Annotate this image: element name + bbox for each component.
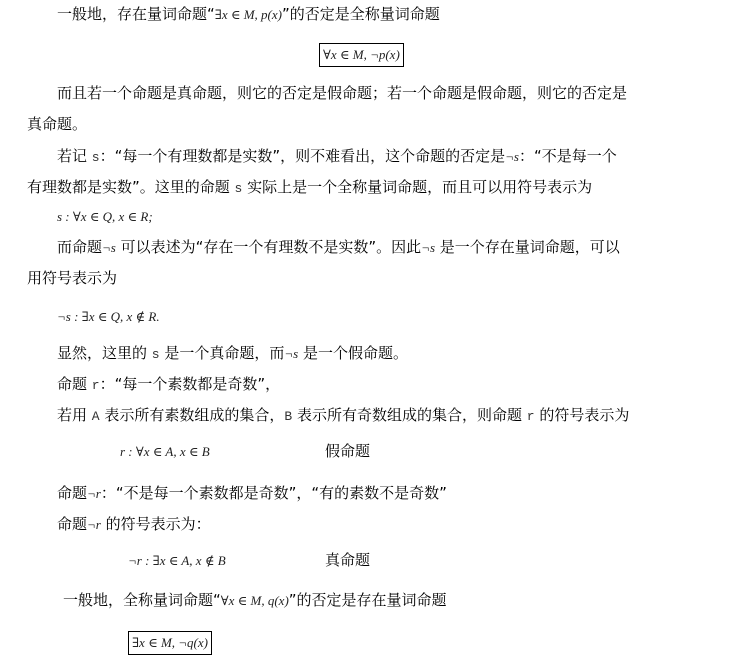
paragraph-existential-negation: 一般地，存在量词命题“∃x ∈ M, p(x)”的否定是全称量词命题: [57, 4, 440, 25]
formula-neg-s-full: ¬s : ∃x ∈ Q, x ∉ R.: [57, 309, 160, 324]
text: ：“每一个素数都是奇数”，: [100, 375, 281, 393]
boxed-formula-exists-not-q: ∃x ∈ M, ¬q(x): [128, 631, 212, 655]
text: 一般地，全称量词命题“: [63, 591, 221, 609]
text: 表示所有素数组成的集合，: [100, 406, 285, 424]
paragraph-neg-s-line1: 而命题¬s 可以表述为“存在一个有理数不是实数”。因此¬s 是一个存在量词命题，…: [57, 237, 620, 258]
text: 真命题。: [27, 115, 87, 133]
paragraph-neg-r-symbolic: 命题¬r 的符号表示为：: [57, 514, 211, 535]
var-r: r: [92, 378, 100, 393]
formula-neg-s: ¬s: [421, 240, 435, 255]
paragraph-truth-negation-line1: 而且若一个命题是真命题，则它的否定是假命题；若一个命题是假命题，则它的否定是: [57, 83, 627, 103]
label-true-proposition: 真命题: [325, 550, 370, 570]
text: ：“不是每一个: [519, 147, 617, 165]
var-s: s: [92, 150, 100, 165]
formula-neg-s: ¬s: [505, 149, 519, 164]
formula-neg-s-line: ¬s : ∃x ∈ Q, x ∉ R.: [57, 306, 160, 327]
var-A: A: [92, 409, 100, 424]
paragraph-neg-s-line2: 用符号表示为: [27, 268, 117, 288]
paragraph-neg-r: 命题¬r：“不是每一个素数都是奇数”，“有的素数不是奇数”: [57, 483, 447, 504]
text: ：“每一个有理数都是实数”，则不难看出，这个命题的否定是: [100, 147, 506, 165]
text: ”的否定是全称量词命题: [282, 5, 440, 23]
text: 若记: [57, 147, 92, 165]
var-s: s: [152, 347, 160, 362]
text: 有理数都是实数”。这里的命题: [27, 178, 235, 196]
formula-box: ∀x ∈ M, ¬p(x): [319, 43, 404, 67]
formula-r-line: r : ∀x ∈ A, x ∈ B: [120, 441, 210, 462]
text: 命题: [57, 515, 87, 533]
formula-neg-r-full: ¬r : ∃x ∈ A, x ∉ B: [128, 553, 226, 568]
formula-neg-r: ¬r: [87, 486, 101, 501]
text: 假命题: [325, 442, 370, 460]
text: 一般地，存在量词命题“: [57, 5, 215, 23]
paragraph-proposition-r: 命题 r：“每一个素数都是奇数”，: [57, 374, 280, 396]
label-false-proposition: 假命题: [325, 441, 370, 461]
formula-exists-p: ∃x ∈ M, p(x): [215, 7, 282, 22]
boxed-formula-forall-not-p: ∀x ∈ M, ¬p(x): [319, 43, 404, 67]
text: 而且若一个命题是真命题，则它的否定是假命题；若一个命题是假命题，则它的否定是: [57, 84, 627, 102]
formula-r: r : ∀x ∈ A, x ∈ B: [120, 444, 210, 459]
formula-neg-s: ¬s: [284, 346, 298, 361]
paragraph-sets-a-b: 若用 A 表示所有素数组成的集合，B 表示所有奇数组成的集合，则命题 r 的符号…: [57, 405, 629, 427]
text: ：“不是每一个素数都是奇数”，“有的素数不是奇数”: [101, 484, 447, 502]
formula-forall-q: ∀x ∈ M, q(x): [221, 593, 289, 608]
formula-neg-r: ¬r: [87, 517, 101, 532]
paragraph-s-definition-line2: 有理数都是实数”。这里的命题 s 实际上是一个全称量词命题，而且可以用符号表示为: [27, 177, 592, 199]
paragraph-universal-negation: 一般地，全称量词命题“∀x ∈ M, q(x)”的否定是存在量词命题: [63, 590, 447, 611]
formula-neg-s: ¬s: [102, 240, 116, 255]
text: 而命题: [57, 238, 102, 256]
text: 命题: [57, 375, 92, 393]
text: 命题: [57, 484, 87, 502]
text: 若用: [57, 406, 92, 424]
text: 的符号表示为：: [101, 515, 211, 533]
var-r: r: [527, 409, 535, 424]
text: 实际上是一个全称量词命题，而且可以用符号表示为: [242, 178, 592, 196]
text: 是一个假命题。: [298, 344, 408, 362]
formula-s: s : ∀x ∈ Q, x ∈ R;: [57, 209, 153, 224]
text: 是一个真命题，而: [160, 344, 285, 362]
paragraph-obviously: 显然，这里的 s 是一个真命题，而¬s 是一个假命题。: [57, 343, 408, 365]
text: 可以表述为“存在一个有理数不是实数”。因此: [116, 238, 421, 256]
text: 显然，这里的: [57, 344, 152, 362]
text: 真命题: [325, 551, 370, 569]
text: 是一个存在量词命题，可以: [435, 238, 620, 256]
text: ”的否定是存在量词命题: [289, 591, 447, 609]
text: 表示所有奇数组成的集合，则命题: [292, 406, 527, 424]
formula-neg-r-line: ¬r : ∃x ∈ A, x ∉ B: [128, 550, 226, 571]
paragraph-truth-negation-line2: 真命题。: [27, 114, 87, 134]
text: 的符号表示为: [535, 406, 630, 424]
formula-box: ∃x ∈ M, ¬q(x): [128, 631, 212, 655]
text: 用符号表示为: [27, 269, 117, 287]
paragraph-s-definition-line1: 若记 s：“每一个有理数都是实数”，则不难看出，这个命题的否定是¬s：“不是每一…: [57, 146, 617, 168]
formula-s-line: s : ∀x ∈ Q, x ∈ R;: [57, 206, 153, 227]
